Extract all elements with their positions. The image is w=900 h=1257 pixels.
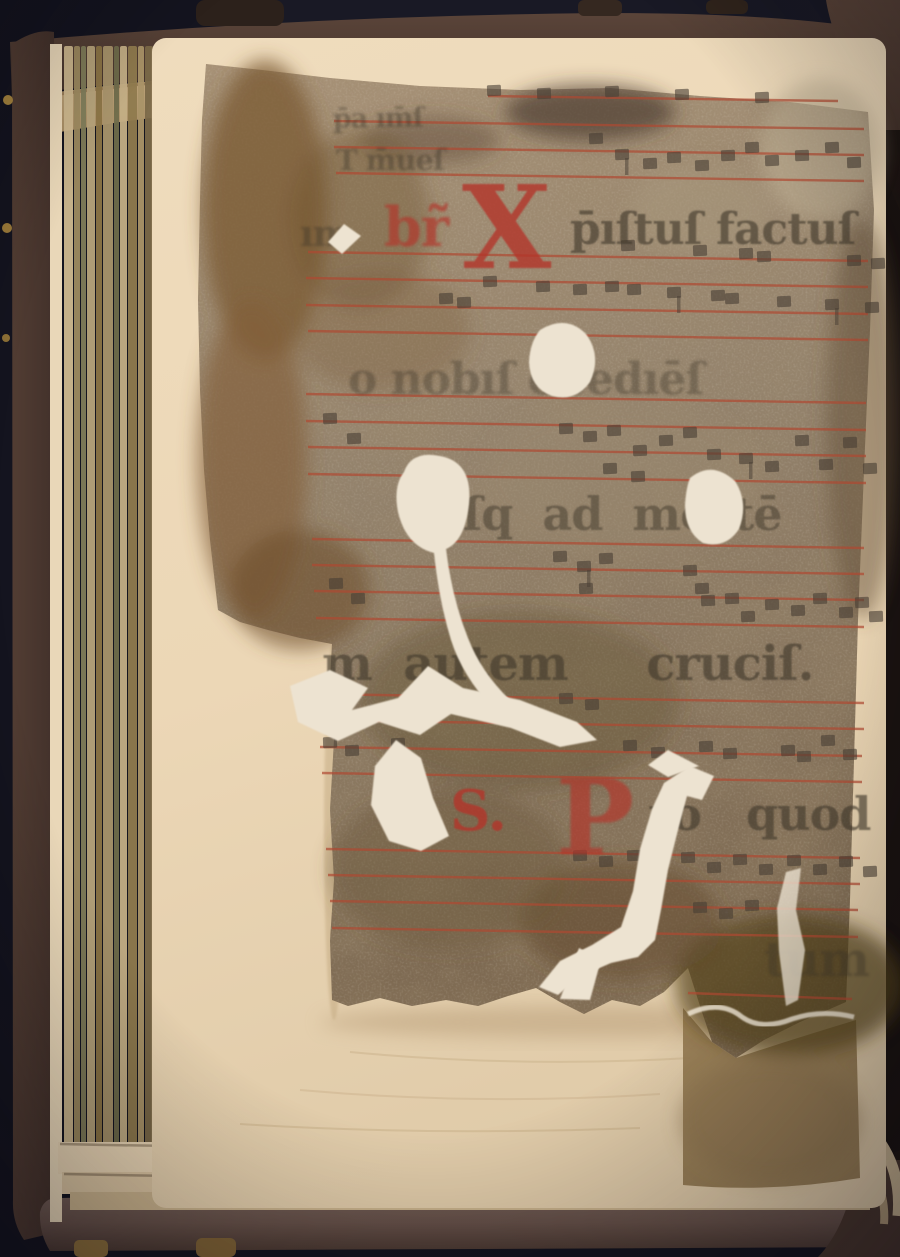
photo-vignette <box>0 0 900 1257</box>
photo-of-manuscript-book: p̄a ım̄ſ T m̄ueſ ım br̃ X p̄ıſtuſ factuſ… <box>0 0 900 1257</box>
